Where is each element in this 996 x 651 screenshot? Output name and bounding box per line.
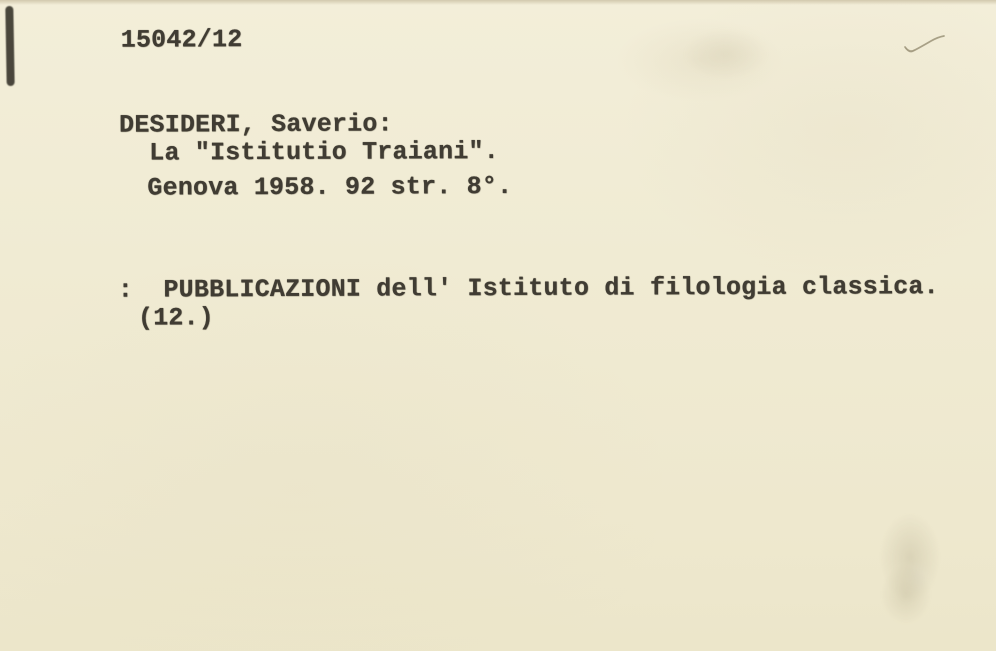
call-number: 15042/12 bbox=[121, 27, 243, 53]
typewritten-entry: 15042/12 DESIDERI, Saverio: La "Istituti… bbox=[0, 0, 996, 651]
paper-stain bbox=[660, 10, 780, 90]
imprint-line: Genova 1958. 92 str. 8°. bbox=[147, 174, 512, 201]
title-line: La "Istitutio Traiani". bbox=[149, 139, 499, 166]
author-line: DESIDERI, Saverio: bbox=[119, 111, 393, 137]
catalog-card: 15042/12 DESIDERI, Saverio: La "Istituti… bbox=[0, 0, 996, 651]
series-number-line: (12.) bbox=[138, 305, 214, 330]
series-line: : PUBBLICAZIONI dell' Istituto di filolo… bbox=[118, 274, 939, 303]
fingerprint-smudge bbox=[858, 498, 958, 640]
pencil-check-icon bbox=[897, 32, 951, 62]
